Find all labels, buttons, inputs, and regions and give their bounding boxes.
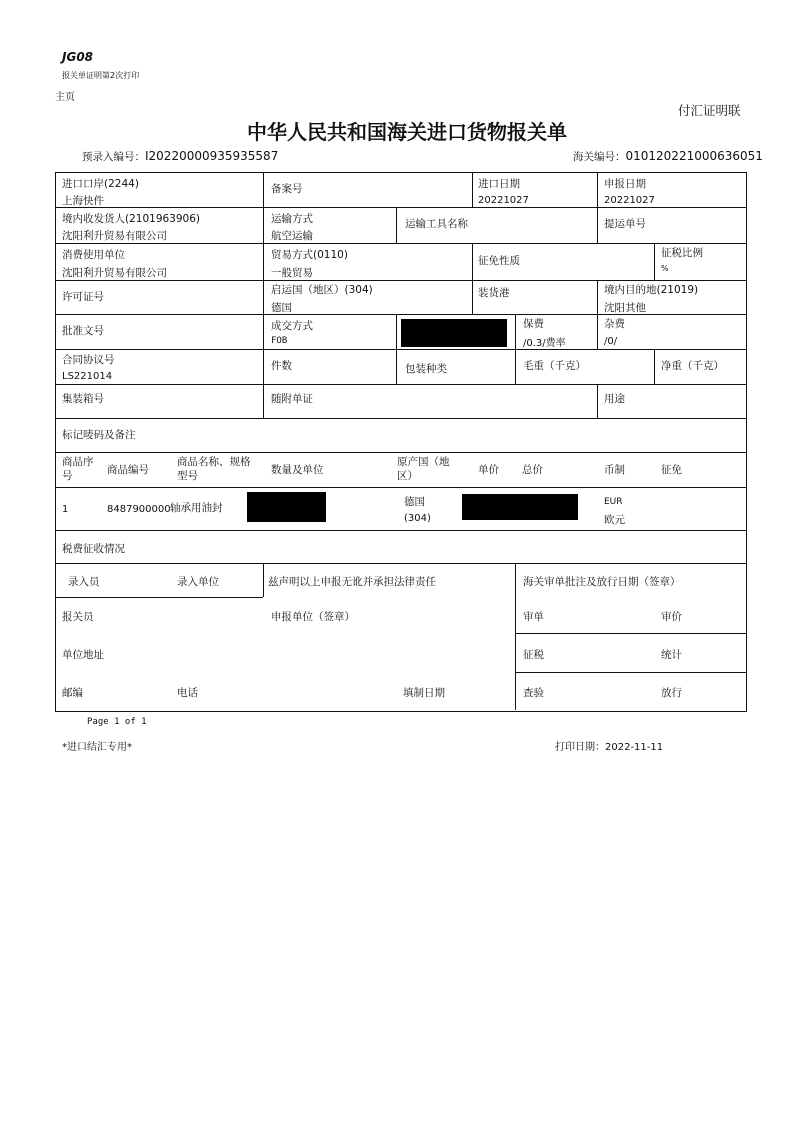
packages-label: 件数 [271,358,292,373]
pre-entry-number: 预录入编号：I20220000935935587 [82,149,278,164]
insurance-label: 保费 [523,316,544,331]
goods-header-unit-price: 单价 [478,462,499,477]
print-note: 报关单证明第2次打印 [62,70,139,81]
tax-review-label: 征税 [523,647,544,662]
import-date-label: 进口日期 [478,176,520,191]
redaction-box [247,492,326,522]
levy-nature-label: 征免性质 [478,253,520,268]
print-date-value: 2022-11-11 [605,742,663,753]
form-code: JG08 [62,50,93,64]
consignee-label: 境内收发货人(2101963906) [62,211,200,226]
record-no-label: 备案号 [271,181,303,196]
trade-mode-label: 贸易方式(0110) [271,247,348,262]
goods-header-code: 商品编号 [107,462,149,477]
port-value: 上海快件 [62,193,104,208]
redaction-box [401,319,507,347]
transport-tool-label: 运输工具名称 [405,216,468,231]
destination-label: 境内目的地(21019) [604,282,698,297]
deal-mode-value: FOB [271,336,287,346]
contract-value: LS221014 [62,371,112,382]
goods-code: 8487900000 [107,504,171,515]
origin-country-value: 德国 [271,300,292,315]
customs-number: 海关编号：010120221000636051 [573,149,763,164]
customs-number-value: 010120221000636051 [626,149,763,163]
port-label: 进口口岸(2244) [62,176,139,191]
postcode-label: 邮编 [62,685,83,700]
entry-unit-label: 录入单位 [177,574,219,589]
gross-weight-label: 毛重（千克） [523,358,586,373]
goods-header-qty: 数量及单位 [271,462,324,477]
fill-date-label: 填制日期 [403,685,445,700]
levy-ratio-label: 征税比例 [661,245,703,260]
net-weight-label: 净重（千克） [661,358,724,373]
price-review-label: 审价 [661,609,682,624]
import-date-value: 20221027 [478,195,529,206]
customs-approval-label: 海关审单批注及放行日期（签章） [523,574,681,589]
transport-mode-label: 运输方式 [271,211,313,226]
usage-label: 用途 [604,391,625,406]
misc-fee-value: /0/ [604,336,617,347]
page-number: Page 1 of 1 [87,717,147,727]
loading-port-label: 装货港 [478,285,510,300]
declare-date-label: 申报日期 [604,176,646,191]
insurance-value: /0.3/费率 [523,334,566,349]
levy-ratio-value: % [661,264,669,273]
bill-no-label: 提运单号 [604,216,646,231]
redaction-box [462,494,578,520]
goods-currency-name: 欧元 [604,512,625,527]
license-label: 许可证号 [62,289,104,304]
origin-country-label: 启运国（地区）(304) [271,282,373,297]
contract-label: 合同协议号 [62,352,115,367]
stats-label: 统计 [661,647,682,662]
goods-header-levy: 征免 [661,462,682,477]
goods-header-name: 商品名称、规格型号 [177,455,257,483]
approval-label: 批准文号 [62,323,104,338]
goods-currency-code: EUR [604,497,623,507]
goods-header-currency: 币制 [604,462,625,477]
address-label: 单位地址 [62,647,104,662]
goods-name: 轴承用油封 [170,500,223,515]
declare-date-value: 20221027 [604,195,655,206]
container-label: 集装箱号 [62,391,104,406]
pre-entry-label: 预录入编号： [82,151,145,163]
goods-seq: 1 [62,504,68,515]
consumer-value: 沈阳利升贸易有限公司 [62,265,167,280]
page-title: 中华人民共和国海关进口货物报关单 [247,116,567,145]
page-label: 主页 [55,88,75,103]
phone-label: 电话 [177,685,198,700]
declare-unit-label: 申报单位（签章） [271,609,355,624]
deal-mode-label: 成交方式 [271,318,313,333]
tax-label: 税费征收情况 [62,541,125,556]
broker-label: 报关员 [62,609,94,624]
goods-origin: 德国 [404,494,425,509]
print-date-label: 打印日期： [555,742,605,753]
review-label: 审单 [523,609,544,624]
destination-value: 沈阳其他 [604,300,646,315]
attached-docs-label: 随附单证 [271,391,313,406]
misc-fee-label: 杂费 [604,316,625,331]
customs-number-label: 海关编号： [573,151,626,163]
consumer-label: 消费使用单位 [62,247,125,262]
inspect-label: 查验 [523,685,544,700]
print-date: 打印日期：2022-11-11 [555,738,663,753]
goods-header-total: 总价 [522,462,543,477]
pre-entry-value: I20220000935935587 [145,149,278,163]
release-label: 放行 [661,685,682,700]
declaration-form [55,172,747,712]
settlement-note: *进口结汇专用* [62,738,132,753]
goods-header-seq: 商品序号 [62,455,98,483]
trade-mode-value: 一般贸易 [271,265,313,280]
goods-header-origin: 原产国（地区） [397,455,457,483]
transport-mode-value: 航空运输 [271,228,313,243]
declaration-statement: 兹声明以上申报无讹并承担法律责任 [268,574,436,589]
copy-type: 付汇证明联 [678,101,741,119]
package-type-label: 包装种类 [405,361,447,376]
consignee-value: 沈阳利升贸易有限公司 [62,228,167,243]
goods-origin-code: (304) [404,513,431,524]
entry-clerk-label: 录入员 [68,574,100,589]
marks-label: 标记唛码及备注 [62,427,136,442]
